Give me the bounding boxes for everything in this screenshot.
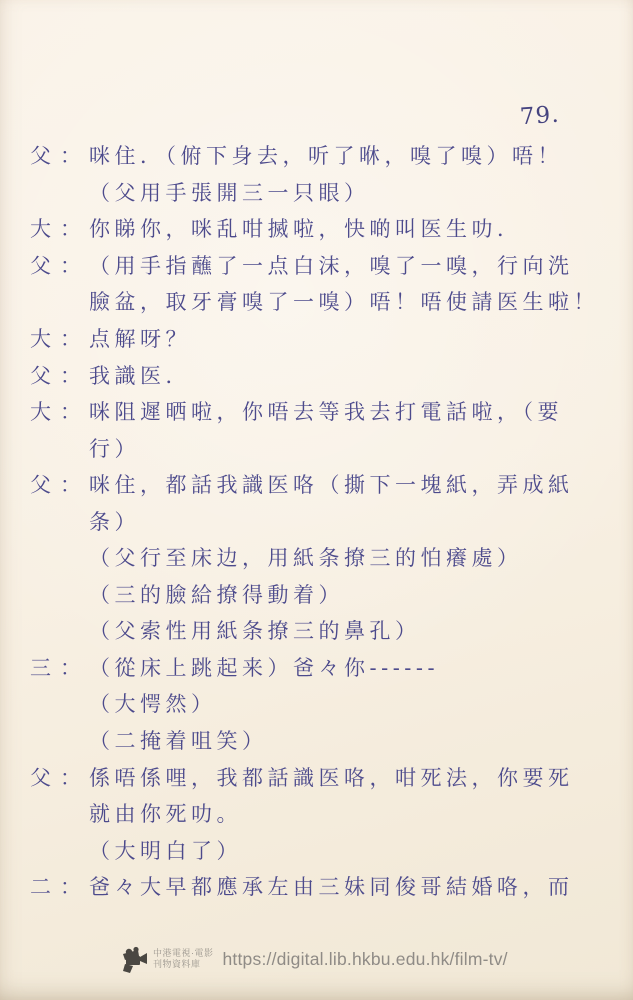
library-brand-line1: 中港電視·電影 [153,948,214,958]
dialogue-text: 係唔係哩，我都話識医咯，咁死法，你要死 [89,762,574,792]
dialogue-text: （從床上跳起来）爸々你------ [89,652,439,682]
dialogue-text: （三的臉給撩得動着） [89,579,344,609]
speaker-label: 大： [30,323,89,353]
dialogue-text: 我識医． [89,360,191,390]
dialogue-text: 臉盆，取牙膏嗅了一嗅）唔！唔使請医生啦！ [89,286,599,316]
dialogue-text: 行） [89,433,140,463]
dialogue-text: 点解呀？ [89,323,191,353]
speaker-label: 二： [30,871,89,901]
dialogue-text: 爸々大早都應承左由三妹同俊哥結婚咯，而 [89,871,574,901]
script-line: 父：我識医． [30,356,621,393]
library-brand-line2: 刊物資料庫 [153,959,201,969]
dialogue-text: 条） [89,506,140,536]
speaker-label: 大： [30,396,89,426]
dialogue-text: 咪住，都話我識医咯（撕下一塊紙，弄成紙 [89,469,574,499]
script-line: （父行至床边，用紙条撩三的怕癢處） [30,539,621,576]
script-line: 父：（用手指蘸了一点白沫，嗅了一嗅，行向洗 [30,247,621,284]
dialogue-text: （二掩着咀笑） [89,725,268,755]
speaker-label: 父： [30,360,89,390]
script-line: 行） [30,429,621,466]
scanned-script-page: 79. 父：咪住．（俯下身去，听了咻，嗅了嗅）唔！（父用手張開三一只眼）大：你睇… [0,0,633,1000]
script-line: （二掩着咀笑） [30,722,621,759]
dialogue-text: （父行至床边，用紙条撩三的怕癢處） [89,542,523,572]
dialogue-text: （用手指蘸了一点白沫，嗅了一嗅，行向洗 [89,250,574,280]
script-line: （大明白了） [30,831,621,868]
dialogue-text: （大愕然） [89,688,217,718]
script-line: （父用手張開三一只眼） [30,174,621,211]
dialogue-text: （父用手張開三一只眼） [89,177,370,207]
library-brand-text: 中港電視·電影 刊物資料庫 [153,948,214,971]
script-line: 三：（從床上跳起来）爸々你------ [30,649,621,686]
dialogue-text: 咪住．（俯下身去，听了咻，嗅了嗅）唔！ [89,140,563,170]
script-line: 父：係唔係哩，我都話識医咯，咁死法，你要死 [30,758,621,795]
script-line: 父：咪住．（俯下身去，听了咻，嗅了嗅）唔！ [30,137,621,174]
speaker-label: 父： [30,762,89,792]
speaker-label: 父： [30,140,89,170]
dialogue-text: 就由你死叻。 [89,798,242,828]
script-line: 就由你死叻。 [30,795,621,832]
handwritten-script-text: 父：咪住．（俯下身去，听了咻，嗅了嗅）唔！（父用手張開三一只眼）大：你睇你，咪乱… [30,137,621,904]
script-line: 二：爸々大早都應承左由三妹同俊哥結婚咯，而 [30,868,621,905]
speaker-label: 大： [30,213,89,243]
dialogue-text: （父索性用紙条撩三的鼻孔） [89,615,421,645]
library-watermark: 中港電視·電影 刊物資料庫 https://digital.lib.hkbu.e… [121,944,508,974]
dialogue-text: 咪阻遲晒啦，你唔去等我去打電話啦，（要 [89,396,563,426]
library-url: https://digital.lib.hkbu.edu.hk/film-tv/ [223,949,508,970]
page-number: 79. [519,102,560,131]
script-line: （三的臉給撩得動着） [30,576,621,613]
speaker-label: 三： [30,652,89,682]
script-line: （大愕然） [30,685,621,722]
script-line: 大：你睇你，咪乱咁搣啦，快啲叫医生叻． [30,210,621,247]
film-camera-icon [121,944,148,974]
speaker-label: 父： [30,250,89,280]
script-line: （父索性用紙条撩三的鼻孔） [30,612,621,649]
script-line: 父：咪住，都話我識医咯（撕下一塊紙，弄成紙 [30,466,621,503]
script-line: 臉盆，取牙膏嗅了一嗅）唔！唔使請医生啦！ [30,283,621,320]
dialogue-text: 你睇你，咪乱咁搣啦，快啲叫医生叻． [89,213,523,243]
script-line: 大：点解呀？ [30,320,621,357]
script-line: 条） [30,502,621,539]
speaker-label: 父： [30,469,89,499]
script-line: 大：咪阻遲晒啦，你唔去等我去打電話啦，（要 [30,393,621,430]
dialogue-text: （大明白了） [89,835,242,865]
